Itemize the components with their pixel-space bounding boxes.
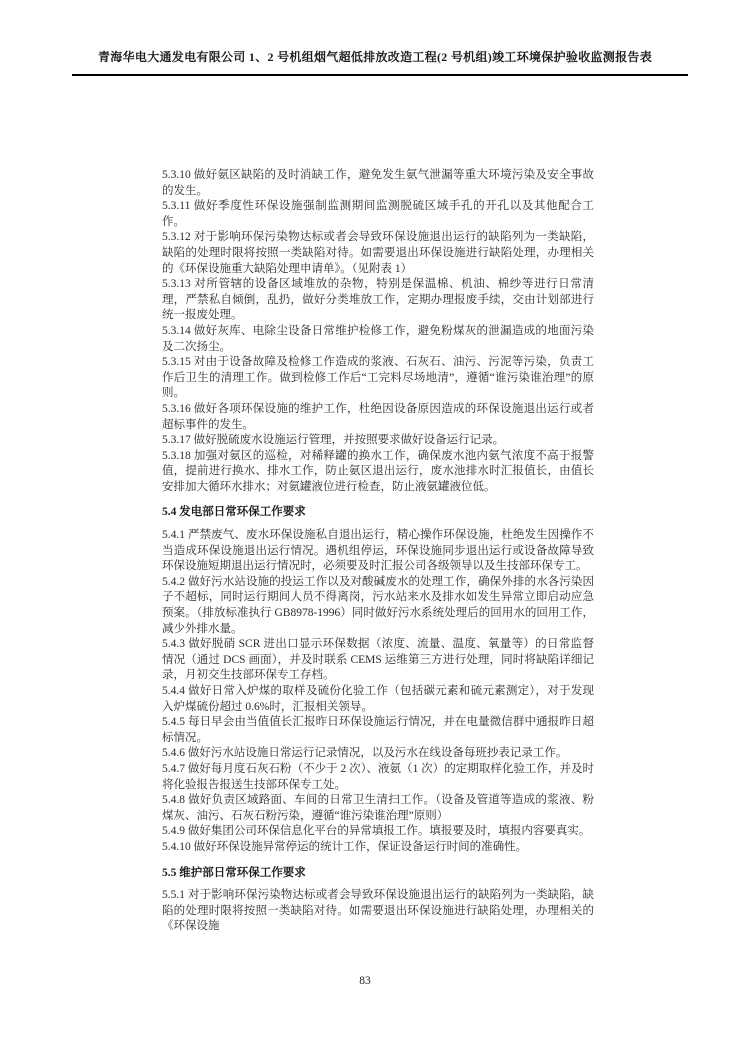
clause-5-4-4: 5.4.4 做好日常入炉煤的取样及硫份化验工作（包括碳元素和硫元素测定），对于发…	[162, 684, 594, 715]
clause-5-3-12: 5.3.12 对于影响环保污染物达标或者会导致环保设施退出运行的缺陷列为一类缺陷…	[162, 230, 594, 277]
clause-5-4-8: 5.4.8 做好负责区域路面、车间的日常卫生清扫工作。（设备及管道等造成的浆液、…	[162, 793, 594, 824]
clause-5-3-13: 5.3.13 对所管辖的设备区域堆放的杂物，特别是保温棉、机油、棉纱等进行日常清…	[162, 277, 594, 324]
clause-5-3-17: 5.3.17 做好脱硫废水设施运行管理，并按照要求做好设备运行记录。	[162, 433, 594, 449]
inner-page-number: 7	[548, 826, 553, 836]
footer-page-number: 83	[0, 975, 730, 987]
clause-5-4-1: 5.4.1 严禁废气、废水环保设施私自退出运行，精心操作环保设施，杜绝发生因操作…	[162, 528, 594, 575]
clause-5-4-6: 5.4.6 做好污水站设施日常运行记录情况，以及污水在线设备每班抄表记录工作。	[162, 746, 594, 762]
clause-5-3-15: 5.3.15 对由于设备故障及检修工作造成的浆液、石灰石、油污、污泥等污染，负责…	[162, 355, 594, 402]
section-heading-5-4: 5.4 发电部日常环保工作要求	[162, 505, 594, 521]
header-rule-line	[72, 74, 688, 76]
report-header-title: 青海华电大通发电有限公司 1、2 号机组烟气超低排放改造工程(2 号机组)竣工环…	[0, 48, 750, 65]
clause-5-4-5: 5.4.5 每日早会由当值值长汇报昨日环保设施运行情况，并在电量微信群中通报昨日…	[162, 715, 594, 746]
clause-5-3-14: 5.3.14 做好灰库、电除尘设备日常维护检修工作，避免粉煤灰的泄漏造成的地面污…	[162, 324, 594, 355]
document-page: 青海华电大通发电有限公司 1、2 号机组烟气超低排放改造工程(2 号机组)竣工环…	[0, 0, 750, 1060]
clause-5-3-10: 5.3.10 做好氨区缺陷的及时消缺工作，避免发生氨气泄漏等重大环境污染及安全事…	[162, 168, 594, 199]
clause-5-3-16: 5.3.16 做好各项环保设施的维护工作，杜绝因设备原因造成的环保设施退出运行或…	[162, 402, 594, 433]
clause-5-3-11: 5.3.11 做好季度性环保设施强制监测期间监测脱硫区域手孔的开孔以及其他配合工…	[162, 199, 594, 230]
clause-5-4-7: 5.4.7 做好每月度石灰石粉（不少于 2 次）、液氨（1 次）的定期取样化验工…	[162, 762, 594, 793]
clause-5-4-10: 5.4.10 做好环保设施异常停运的统计工作，保证设备运行时间的准确性。	[162, 840, 594, 856]
document-body: 5.3.10 做好氨区缺陷的及时消缺工作，避免发生氨气泄漏等重大环境污染及安全事…	[162, 168, 594, 935]
clause-5-4-2: 5.4.2 做好污水站设施的投运工作以及对酸碱废水的处理工作，确保外排的水各污染…	[162, 575, 594, 637]
clause-5-3-18: 5.3.18 加强对氨区的巡检，对稀释罐的换水工作，确保废水池内氨气浓度不高于报…	[162, 449, 594, 496]
clause-5-5-1: 5.5.1 对于影响环保污染物达标或者会导致环保设施退出运行的缺陷列为一类缺陷，…	[162, 888, 594, 935]
clause-5-4-9: 5.4.9 做好集团公司环保信息化平台的异常填报工作。填报要及时，填报内容要真实…	[162, 824, 594, 840]
clause-5-4-3: 5.4.3 做好脱硝 SCR 进出口显示环保数据（浓度、流量、温度、氧量等）的日…	[162, 637, 594, 684]
section-heading-5-5: 5.5 维护部日常环保工作要求	[162, 866, 594, 882]
